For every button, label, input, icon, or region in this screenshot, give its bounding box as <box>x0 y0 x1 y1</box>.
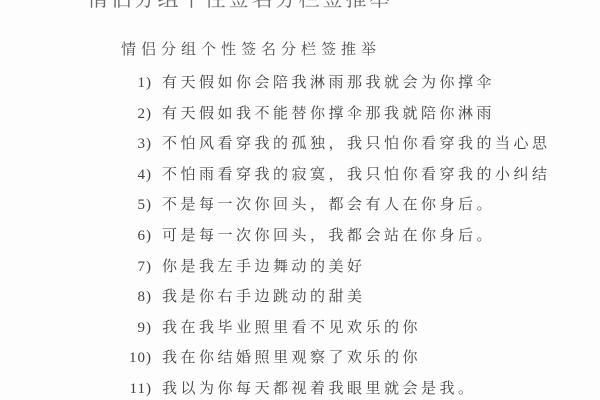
page-top-title-cutoff: 情侣分组个性签名分栏签推举 <box>87 0 393 13</box>
list-item: 1)有天假如你会陪我淋雨那我就会为你撑伞 <box>104 68 564 99</box>
document-page: { "page": { "top_title_partial": "情侣分组个性… <box>0 0 600 400</box>
item-number: 4) <box>104 160 152 191</box>
item-text: 我是你右手边跳动的甜美 <box>162 282 366 313</box>
item-text: 我以为你每天都视着我眼里就会是我。 <box>162 374 477 400</box>
list-item: 9)我在我毕业照里看不见欢乐的你 <box>104 313 564 344</box>
item-number: 11) <box>104 374 152 400</box>
list-item: 4)不怕雨看穿我的寂寞，我只怕你看穿我的小纠结 <box>104 160 564 191</box>
item-number: 10) <box>104 343 152 374</box>
item-text: 我在你结婚照里观察了欢乐的你 <box>162 343 421 374</box>
item-number: 9) <box>104 313 152 344</box>
item-number: 1) <box>104 68 152 99</box>
item-number: 8) <box>104 282 152 313</box>
item-text: 不怕雨看穿我的寂寞，我只怕你看穿我的小纠结 <box>162 160 551 191</box>
list-item: 8)我是你右手边跳动的甜美 <box>104 282 564 313</box>
list-item: 11)我以为你每天都视着我眼里就会是我。 <box>104 374 564 400</box>
item-number: 5) <box>104 190 152 221</box>
item-text: 不怕风看穿我的孤独，我只怕你看穿我的当心思 <box>162 129 551 160</box>
item-number: 6) <box>104 221 152 252</box>
item-number: 2) <box>104 99 152 130</box>
item-text: 有天假如我不能替你撑伞那我就陪你淋雨 <box>162 99 495 130</box>
item-text: 可是每一次你回头，我都会站在你身后。 <box>162 221 495 252</box>
item-text: 有天假如你会陪我淋雨那我就会为你撑伞 <box>162 68 495 99</box>
item-text: 我在我毕业照里看不见欢乐的你 <box>162 313 421 344</box>
list-item: 6)可是每一次你回头，我都会站在你身后。 <box>104 221 564 252</box>
section-title: 情侣分组个性签名分栏签推举 <box>121 38 381 59</box>
list-item: 3)不怕风看穿我的孤独，我只怕你看穿我的当心思 <box>104 129 564 160</box>
signature-list: 1)有天假如你会陪我淋雨那我就会为你撑伞2)有天假如我不能替你撑伞那我就陪你淋雨… <box>104 68 564 400</box>
list-item: 7)你是我左手边舞动的美好 <box>104 252 564 283</box>
item-text: 你是我左手边舞动的美好 <box>162 252 366 283</box>
item-number: 3) <box>104 129 152 160</box>
page: 情侣分组个性签名分栏签推举 情侣分组个性签名分栏签推举 1)有天假如你会陪我淋雨… <box>0 0 600 400</box>
list-item: 2)有天假如我不能替你撑伞那我就陪你淋雨 <box>104 99 564 130</box>
item-number: 7) <box>104 252 152 283</box>
list-item: 10)我在你结婚照里观察了欢乐的你 <box>104 343 564 374</box>
item-text: 不是每一次你回头，都会有人在你身后。 <box>162 190 495 221</box>
list-item: 5)不是每一次你回头，都会有人在你身后。 <box>104 190 564 221</box>
